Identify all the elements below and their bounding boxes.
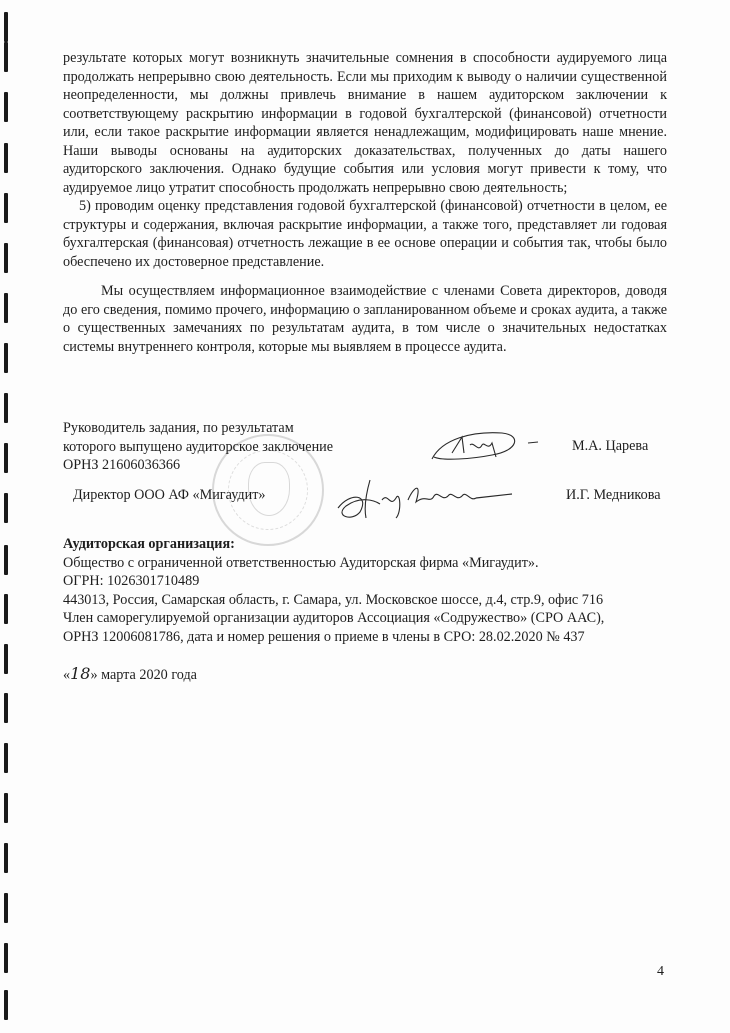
binder-hole-mark — [4, 42, 8, 72]
director-name: И.Г. Медникова — [566, 486, 661, 505]
engagement-lead-title-line: Руководитель задания, по результатам — [63, 419, 363, 438]
page-number: 4 — [657, 964, 664, 980]
director-title: Директор ООО АФ «Мигаудит» — [73, 486, 266, 505]
binder-hole-mark — [4, 793, 8, 823]
organization-ogrn: ОГРН: 1026301710489 — [63, 572, 683, 591]
signature-tsareva-icon — [422, 427, 552, 467]
body-text: результате которых могут возникнуть знач… — [63, 49, 667, 356]
binder-hole-marks — [4, 0, 10, 1033]
binder-hole-mark — [4, 943, 8, 973]
organization-sro-membership: Член саморегулируемой организации аудито… — [63, 609, 683, 628]
binder-hole-mark — [4, 693, 8, 723]
organization-ornz: ОРНЗ 12006081786, дата и номер решения о… — [63, 628, 683, 647]
document-page: результате которых могут возникнуть знач… — [0, 0, 730, 1033]
engagement-lead-title-line: которого выпущено аудиторское заключение — [63, 438, 363, 457]
audit-organization-block: Аудиторская организация: Общество с огра… — [63, 535, 683, 646]
binder-hole-mark — [4, 990, 8, 1020]
binder-hole-mark — [4, 545, 8, 575]
paragraph-item-5: 5) проводим оценку представления годовой… — [63, 197, 667, 271]
binder-hole-mark — [4, 243, 8, 273]
binder-hole-mark — [4, 143, 8, 173]
binder-hole-mark — [4, 644, 8, 674]
binder-hole-mark — [4, 92, 8, 122]
document-date: «18» марта 2020 года — [63, 664, 197, 684]
organization-address: 443013, Россия, Самарская область, г. Са… — [63, 591, 683, 610]
date-month-year: марта 2020 года — [98, 667, 197, 683]
engagement-lead-ornz: ОРНЗ 21606036366 — [63, 456, 363, 475]
binder-hole-mark — [4, 443, 8, 473]
engagement-lead-name: М.А. Царева — [572, 437, 648, 456]
binder-hole-mark — [4, 193, 8, 223]
audit-organization-heading: Аудиторская организация: — [63, 535, 683, 554]
paragraph-board-interaction: Мы осуществляем информационное взаимодей… — [63, 282, 667, 356]
signature-mednikova-icon — [330, 472, 520, 528]
binder-hole-mark — [4, 493, 8, 523]
binder-hole-mark — [4, 594, 8, 624]
binder-hole-mark — [4, 12, 8, 42]
binder-hole-mark — [4, 293, 8, 323]
date-day-handwritten: 18 — [70, 664, 90, 683]
date-close-quote: » — [90, 667, 97, 683]
paragraph-going-concern: результате которых могут возникнуть знач… — [63, 49, 667, 197]
binder-hole-mark — [4, 343, 8, 373]
binder-hole-mark — [4, 393, 8, 423]
binder-hole-mark — [4, 843, 8, 873]
binder-hole-mark — [4, 743, 8, 773]
binder-hole-mark — [4, 893, 8, 923]
organization-name: Общество с ограниченной ответственностью… — [63, 554, 683, 573]
engagement-lead-title: Руководитель задания, по результатам кот… — [63, 419, 363, 475]
